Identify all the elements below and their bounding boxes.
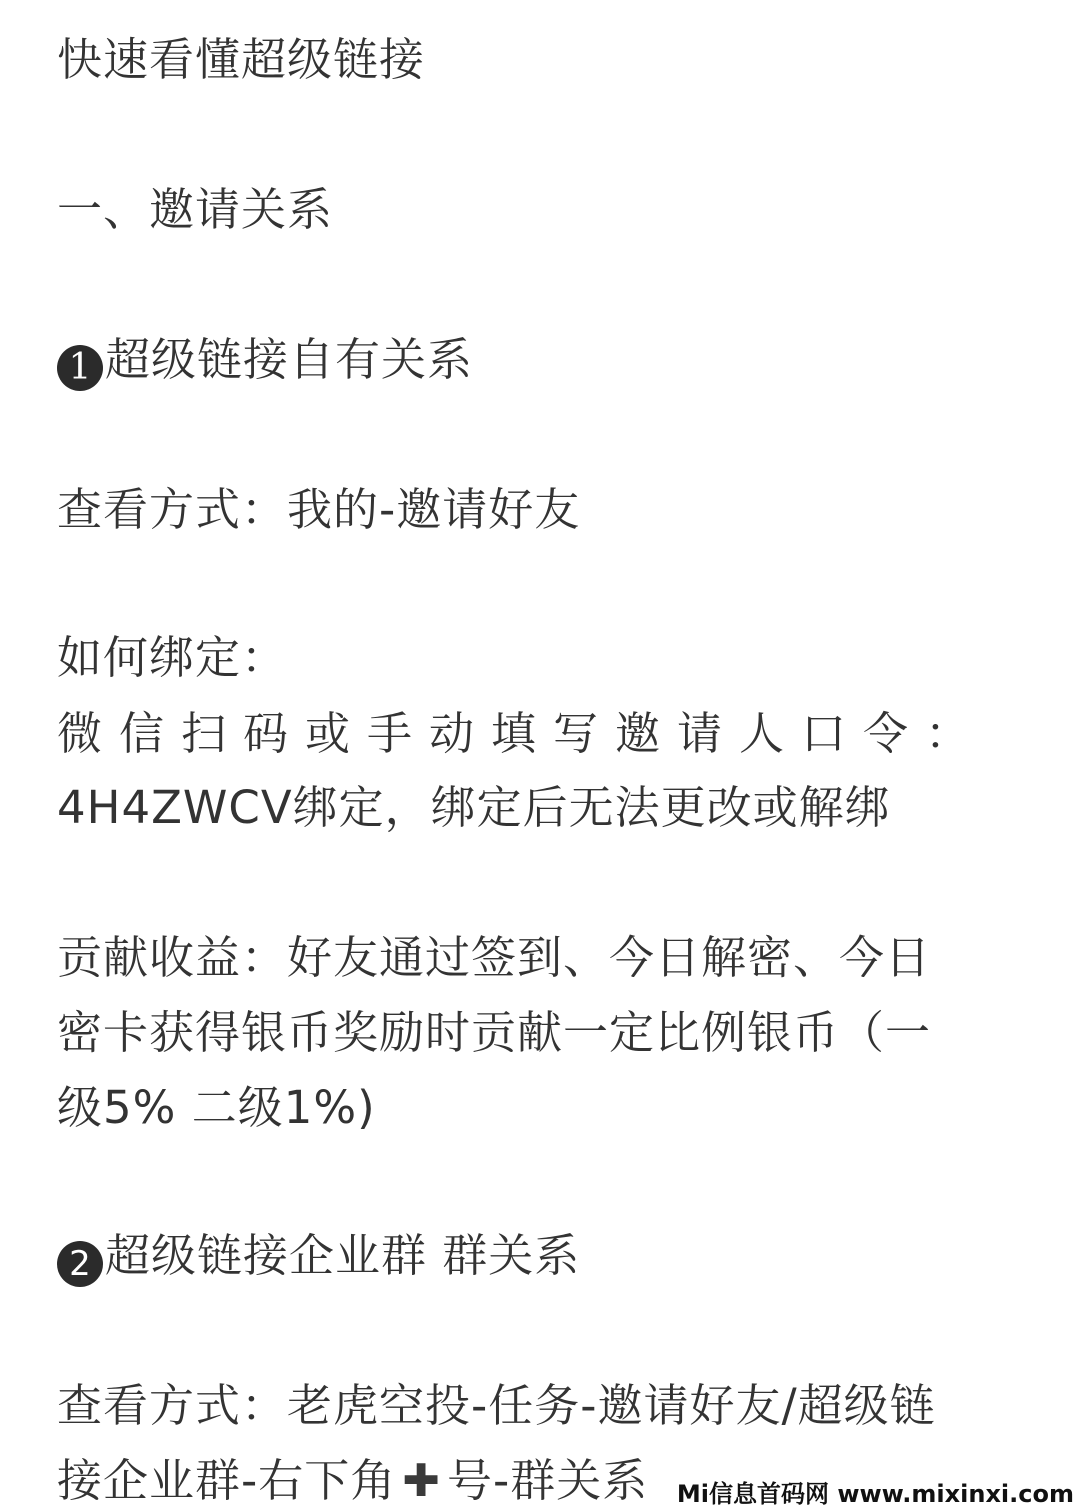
item-1-view-method: 查看方式：我的-邀请好友 xyxy=(57,482,580,538)
watermark: Mi信息首码网 www.mixinxi.com xyxy=(675,1474,1076,1509)
how-to-bind-label: 如何绑定： xyxy=(57,630,287,686)
plus-icon: ✚ xyxy=(402,1453,441,1509)
item-2-heading: 2超级链接企业群 群关系 xyxy=(57,1228,580,1287)
view-method-text-before-plus: 接企业群-右下角 xyxy=(57,1454,396,1507)
how-to-bind-line-2: 4H4ZWCV绑定，绑定后无法更改或解绑 xyxy=(57,780,891,836)
contribution-line-3: 级5% 二级1%) xyxy=(57,1080,376,1136)
contribution-line-2: 密卡获得银币奖励时贡献一定比例银币（一 xyxy=(57,1005,931,1061)
item-2-view-method-line-1: 查看方式：老虎空投-任务-邀请好友/超级链 xyxy=(57,1378,936,1434)
section-heading-invite-relationship: 一、邀请关系 xyxy=(57,182,333,238)
number-2-badge-icon: 2 xyxy=(57,1241,103,1287)
view-method-text-after-plus: 号-群关系 xyxy=(447,1454,648,1507)
contribution-line-1: 贡献收益：好友通过签到、今日解密、今日 xyxy=(57,930,931,986)
how-to-bind-line-1: 微信扫码或手动填写邀请人口令： xyxy=(57,706,987,762)
item-2-view-method-line-2: 接企业群-右下角✚号-群关系 xyxy=(57,1453,648,1509)
item-1-title: 超级链接自有关系 xyxy=(105,333,473,386)
number-1-badge-icon: 1 xyxy=(57,345,103,391)
page-title: 快速看懂超级链接 xyxy=(57,32,425,88)
item-2-title: 超级链接企业群 群关系 xyxy=(105,1229,580,1282)
item-1-heading: 1超级链接自有关系 xyxy=(57,332,473,391)
